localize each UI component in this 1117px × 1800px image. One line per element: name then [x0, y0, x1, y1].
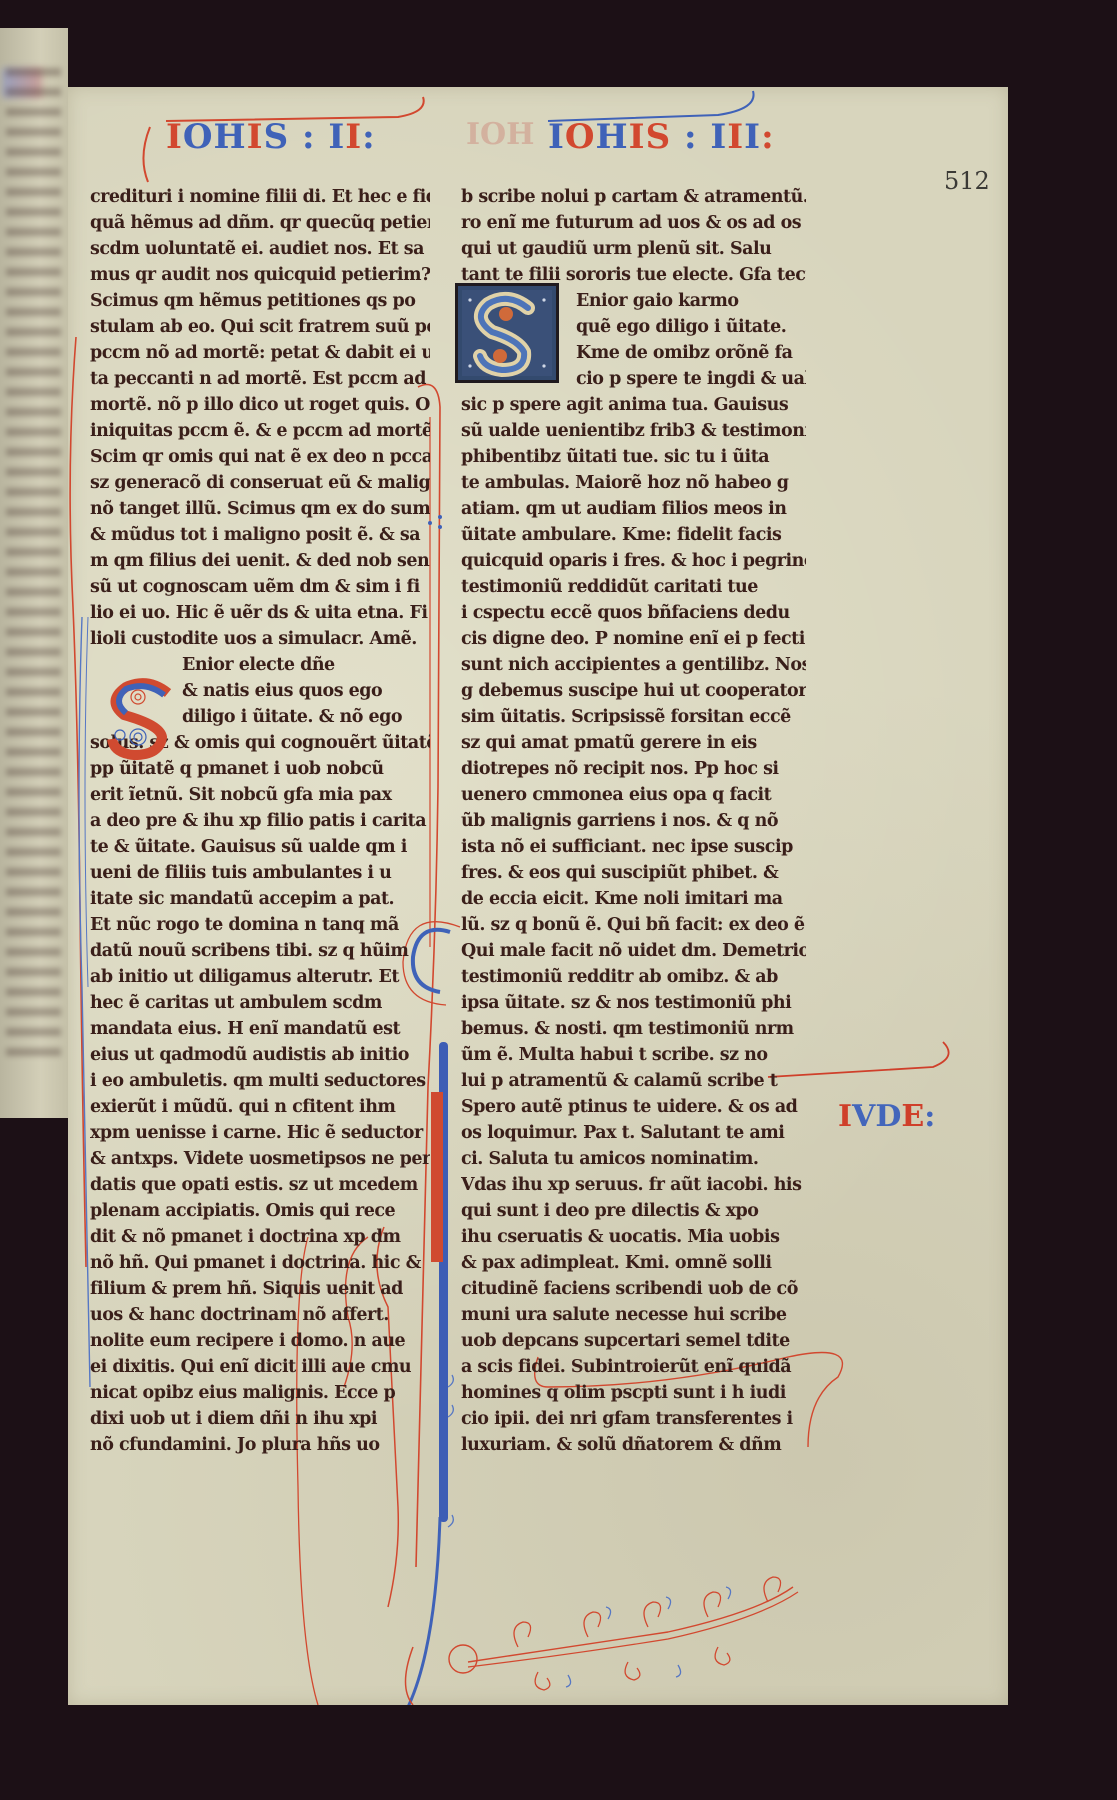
text-line: ei dixitis. Qui enĩ dicit illi aue cmu — [90, 1354, 430, 1380]
running-head-right: IOHIS : III: — [548, 117, 775, 157]
running-head-letter: I — [247, 117, 264, 157]
running-head-letter: O — [565, 117, 596, 157]
text-line: nolite eum recipere i domo. n aue — [90, 1328, 430, 1354]
running-head-letter: S — [646, 117, 672, 157]
text-line: testimoniũ redditr ab omibz. & ab — [461, 964, 806, 990]
text-line: phibentibz ũitati tue. sic tu i ũita — [461, 444, 806, 470]
text-line: & mũdus tot i maligno posit ẽ. & sa — [90, 522, 430, 548]
text-line: ci. Saluta tu amicos nominatim. — [461, 1146, 806, 1172]
facing-page-edge — [0, 28, 68, 1118]
running-head-letter: I — [345, 117, 362, 157]
running-head-letter: I — [727, 117, 744, 157]
text-line: ista nõ ei sufficiant. nec ipse suscip — [461, 834, 806, 860]
text-line: muni ura salute necesse hui scribe — [461, 1302, 806, 1328]
text-line: quicquid oparis i fres. & hoc i pegrinos… — [461, 548, 806, 574]
text-line: ũitate ambulare. Kme: fidelit facis — [461, 522, 806, 548]
text-line: a deo pre & ihu xp filio patis i carita — [90, 808, 430, 834]
text-line: & antxps. Videte uosmetipsos ne per — [90, 1146, 430, 1172]
text-line: quã hẽmus ad dñm. qr quecũq petierim — [90, 210, 430, 236]
text-line: mus qr audit nos quicquid petierim? — [90, 262, 430, 288]
text-line: eius ut qadmodũ audistis ab initio — [90, 1042, 430, 1068]
text-line: sz qui amat pmatũ gerere in eis — [461, 730, 806, 756]
text-line: uenero cmmonea eius opa q facit — [461, 782, 806, 808]
text-line: itate sic mandatũ accepim a pat. — [90, 886, 430, 912]
initial-s-icon — [458, 286, 556, 380]
text-line: te ambulas. Maiorẽ hoz nõ habeo g — [461, 470, 806, 496]
text-line: i cspectu eccẽ quos bñfaciens dedu — [461, 600, 806, 626]
text-line: & pax adimpleat. Kmi. omnẽ solli — [461, 1250, 806, 1276]
text-line: Spero autẽ ptinus te uidere. & os ad — [461, 1094, 806, 1120]
text-line: te & ũitate. Gauisus sũ ualde qm i — [90, 834, 430, 860]
running-head-letter: : — [289, 117, 328, 157]
text-line: pccm nõ ad mortẽ: petat & dabit ei ui — [90, 340, 430, 366]
running-head-letter: I — [166, 117, 183, 157]
text-line: os loquimur. Pax t. Salutant te ami — [461, 1120, 806, 1146]
running-head-letter: I — [548, 117, 565, 157]
running-head-letter: H — [596, 117, 629, 157]
running-head-letter: O — [183, 117, 214, 157]
text-line: ũb malignis garriens i nos. & q nõ — [461, 808, 806, 834]
text-line: stulam ab eo. Qui scit fratrem suũ pccar… — [90, 314, 430, 340]
text-line: homines q olim pscpti sunt i h iudi — [461, 1380, 806, 1406]
running-head-letter: I — [629, 117, 646, 157]
decorated-stalk-initial-i — [431, 1042, 451, 1522]
text-line: dit & nõ pmanet i doctrina xp dm — [90, 1224, 430, 1250]
text-line: sũ ualde uenientibz frib3 & testimoniũ — [461, 418, 806, 444]
text-line: dixi uob ut i diem dñi n ihu xpi — [90, 1406, 430, 1432]
text-line: nõ hñ. Qui pmanet i doctrina. hic & — [90, 1250, 430, 1276]
text-line: nõ cfundamini. Jo plura hñs uo — [90, 1432, 430, 1458]
text-line: ro enĩ me futurum ad uos & os ad os lo — [461, 210, 806, 236]
text-line: ueni de filiis tuis ambulantes i u — [90, 860, 430, 886]
text-line: b scribe nolui p cartam & atramentũ. Spe — [461, 184, 806, 210]
text-line: Et nũc rogo te domina n tanq mã — [90, 912, 430, 938]
text-line: m qm filius dei uenit. & ded nob sen — [90, 548, 430, 574]
flourished-initial-s — [98, 675, 186, 761]
heading-jude: IVDE: — [838, 1099, 935, 1134]
text-line: uos & hanc doctrinam nõ affert. — [90, 1302, 430, 1328]
text-line: datũ nouũ scribens tibi. sz q hũim — [90, 938, 430, 964]
text-line: sic p spere agit anima tua. Gauisus — [461, 392, 806, 418]
stalk-red-bar — [431, 1092, 443, 1262]
text-line: cio ipii. dei nri gfam transferentes i — [461, 1406, 806, 1432]
text-line: cis digne deo. P nomine enĩ ei p fecti — [461, 626, 806, 652]
text-line: iniquitas pccm ẽ. & e pccm ad mortẽ — [90, 418, 430, 444]
text-line: xpm uenisse i carne. Hic ẽ seductor — [90, 1120, 430, 1146]
illuminated-initial-s — [455, 283, 559, 383]
text-line: sũ ut cognoscam uẽm dm & sim i fi — [90, 574, 430, 600]
text-line: qui ut gaudiũ urm plenũ sit. Salu — [461, 236, 806, 262]
text-line: uob depcans supcertari semel tdite — [461, 1328, 806, 1354]
text-line: scdm uoluntatẽ ei. audiet nos. Et sa — [90, 236, 430, 262]
text-line: Qui male facit nõ uidet dm. Demetrio — [461, 938, 806, 964]
running-head-letter: : — [362, 117, 376, 157]
facing-page-text-blur — [6, 68, 61, 1068]
text-line: mandata eius. H enĩ mandatũ est — [90, 1016, 430, 1042]
text-column-1: credituri i nomine filii di. Et hec e fi… — [90, 184, 430, 1458]
running-head-letter: : — [761, 117, 775, 157]
text-line: diotrepes nõ recipit nos. Pp hoc si — [461, 756, 806, 782]
text-line: testimoniũ reddidũt caritati tue — [461, 574, 806, 600]
text-line: plenam accipiatis. Omis qui rece — [90, 1198, 430, 1224]
text-line: fres. & eos qui suscipiũt phibet. & — [461, 860, 806, 886]
text-line: atiam. qm ut audiam filios meos in — [461, 496, 806, 522]
text-line: Scimus qm hẽmus petitiones qs po — [90, 288, 430, 314]
text-line: erit ĩetnũ. Sit nobcũ gfa mia pax — [90, 782, 430, 808]
text-line: qui sunt i deo pre dilectis & xpo — [461, 1198, 806, 1224]
text-line: ũm ẽ. Multa habui t scribe. sz no — [461, 1042, 806, 1068]
text-line: ihu cseruatis & uocatis. Mia uobis — [461, 1224, 806, 1250]
text-line: lũ. sz q bonũ ẽ. Qui bñ facit: ex deo ẽ — [461, 912, 806, 938]
running-head-letter: S — [264, 117, 290, 157]
text-line: sunt nich accipientes a gentilibz. Nos — [461, 652, 806, 678]
text-line: Scim qr omis qui nat ẽ ex deo n pccat — [90, 444, 430, 470]
text-line: filium & prem hñ. Siquis uenit ad — [90, 1276, 430, 1302]
text-line: sim ũitatis. Scripsissẽ forsitan eccẽ — [461, 704, 806, 730]
text-line: luxuriam. & solũ dñatorem & dñm — [461, 1432, 806, 1458]
text-line: credituri i nomine filii di. Et hec e fi… — [90, 184, 430, 210]
text-line: datis que opati estis. sz ut mcedem — [90, 1172, 430, 1198]
text-line: nicat opibz eius malignis. Ecce p — [90, 1380, 430, 1406]
text-line: sz generacõ di conseruat eũ & malign — [90, 470, 430, 496]
running-head-letter: I — [328, 117, 345, 157]
running-head-letter: H — [214, 117, 247, 157]
text-line: ab initio ut diligamus alterutr. Et — [90, 964, 430, 990]
text-line: lioli custodite uos a simulacr. Amẽ. — [90, 626, 430, 652]
running-head-letter: : — [671, 117, 710, 157]
text-line: citudinẽ faciens scribendi uob de cõ — [461, 1276, 806, 1302]
text-line: mortẽ. nõ p illo dico ut roget quis. Ois — [90, 392, 430, 418]
text-line: lui p atramentũ & calamũ scribe t — [461, 1068, 806, 1094]
running-head-letter: I — [744, 117, 761, 157]
text-line: ipsa ũitate. sz & nos testimoniũ phi — [461, 990, 806, 1016]
text-line: hec ẽ caritas ut ambulem scdm — [90, 990, 430, 1016]
text-line: ta peccanti n ad mortẽ. Est pccm ad — [90, 366, 430, 392]
folio-number: 512 — [944, 167, 990, 195]
text-line: Vdas ihu xp seruus. fr aũt iacobi. his — [461, 1172, 806, 1198]
text-line: lio ei uo. Hic ẽ uẽr ds & uita etna. Fi — [90, 600, 430, 626]
manuscript-page: IOHIS : II: IOH IOHIS : III: 512 — [68, 87, 1008, 1705]
text-line: i eo ambuletis. qm multi seductores — [90, 1068, 430, 1094]
text-line: a scis fidei. Subintroierũt enĩ quidã — [461, 1354, 806, 1380]
text-line: nõ tanget illũ. Scimus qm ex do sum — [90, 496, 430, 522]
running-head-letter: I — [710, 117, 727, 157]
text-line: exierũt i mũdũ. qui n cfitent ihm — [90, 1094, 430, 1120]
text-line: g debemus suscipe hui ut cooperatores — [461, 678, 806, 704]
running-head-offset-faint: IOH — [466, 117, 535, 152]
text-line: de eccia eicit. Kme noli imitari ma — [461, 886, 806, 912]
text-line: bemus. & nosti. qm testimoniũ nrm — [461, 1016, 806, 1042]
running-head-left: IOHIS : II: — [166, 117, 376, 157]
